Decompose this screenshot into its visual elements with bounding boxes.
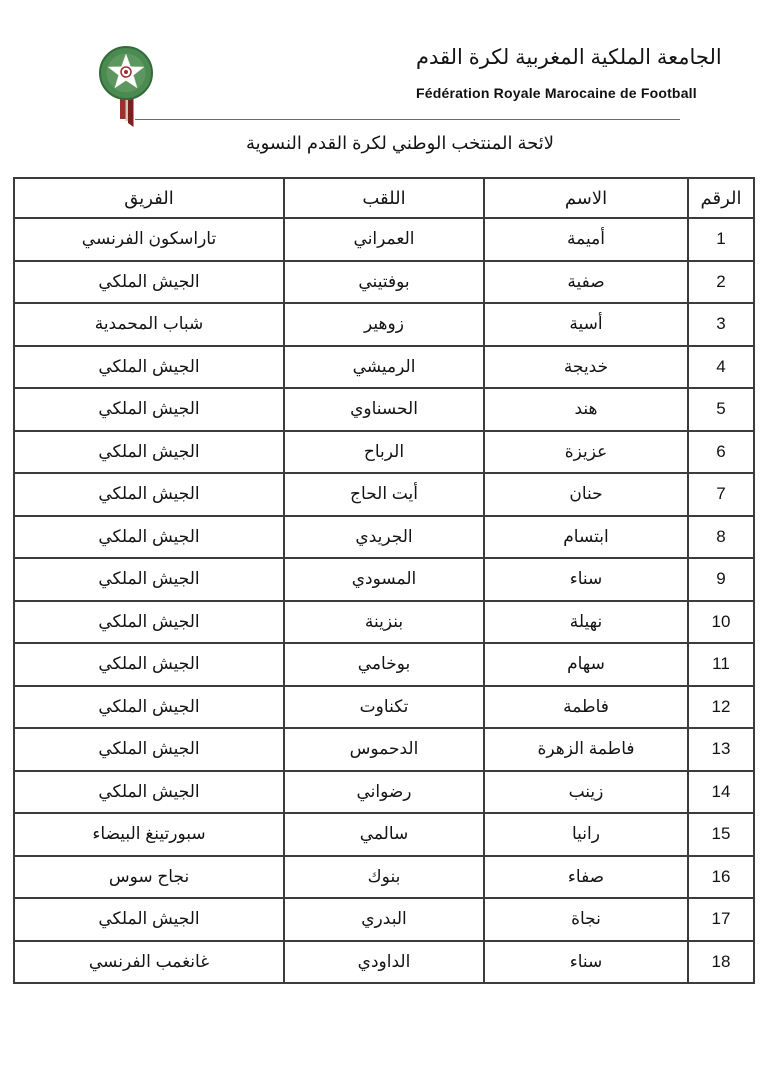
cell-last-name: البدري: [284, 898, 484, 941]
table-row: 14 زينب رضواني الجيش الملكي: [14, 771, 754, 814]
cell-number: 6: [688, 431, 754, 474]
table-row: 2 صفية بوفتيني الجيش الملكي: [14, 261, 754, 304]
table-row: 4 خديجة الرميشي الجيش الملكي: [14, 346, 754, 389]
cell-number: 7: [688, 473, 754, 516]
table-row: 9 سناء المسودي الجيش الملكي: [14, 558, 754, 601]
cell-last-name: زوهير: [284, 303, 484, 346]
table-row: 13 فاطمة الزهرة الدحموس الجيش الملكي: [14, 728, 754, 771]
cell-number: 18: [688, 941, 754, 984]
table-row: 6 عزيزة الرباح الجيش الملكي: [14, 431, 754, 474]
table-row: 18 سناء الداودي غانغمب الفرنسي: [14, 941, 754, 984]
table-row: 17 نجاة البدري الجيش الملكي: [14, 898, 754, 941]
cell-last-name: الرباح: [284, 431, 484, 474]
table-row: 3 أسية زوهير شباب المحمدية: [14, 303, 754, 346]
cell-team: شباب المحمدية: [14, 303, 284, 346]
cell-last-name: بنوك: [284, 856, 484, 899]
cell-team: الجيش الملكي: [14, 601, 284, 644]
table-row: 1 أميمة العمراني تاراسكون الفرنسي: [14, 218, 754, 261]
cell-first-name: أسية: [484, 303, 688, 346]
cell-team: الجيش الملكي: [14, 388, 284, 431]
cell-first-name: حنان: [484, 473, 688, 516]
cell-first-name: صفاء: [484, 856, 688, 899]
cell-team: الجيش الملكي: [14, 898, 284, 941]
org-header: الجامعة الملكية المغربية لكرة القدم Fédé…: [416, 44, 722, 101]
cell-first-name: نهيلة: [484, 601, 688, 644]
cell-first-name: رانيا: [484, 813, 688, 856]
cell-number: 9: [688, 558, 754, 601]
cell-number: 14: [688, 771, 754, 814]
cell-number: 5: [688, 388, 754, 431]
org-name-arabic: الجامعة الملكية المغربية لكرة القدم: [416, 44, 722, 71]
cell-team: الجيش الملكي: [14, 686, 284, 729]
players-table-body: 1 أميمة العمراني تاراسكون الفرنسي 2 صفية…: [14, 218, 754, 983]
cell-first-name: صفية: [484, 261, 688, 304]
cell-last-name: بنزينة: [284, 601, 484, 644]
cell-number: 15: [688, 813, 754, 856]
cell-last-name: أيت الحاج: [284, 473, 484, 516]
column-header-team: الفريق: [14, 178, 284, 218]
cell-first-name: سهام: [484, 643, 688, 686]
cell-last-name: الحسناوي: [284, 388, 484, 431]
frmf-logo-icon: [96, 45, 158, 129]
cell-number: 10: [688, 601, 754, 644]
cell-last-name: رضواني: [284, 771, 484, 814]
table-row: 10 نهيلة بنزينة الجيش الملكي: [14, 601, 754, 644]
cell-number: 2: [688, 261, 754, 304]
org-name-french: Fédération Royale Marocaine de Football: [416, 85, 722, 101]
cell-team: تاراسكون الفرنسي: [14, 218, 284, 261]
cell-first-name: سناء: [484, 558, 688, 601]
cell-team: غانغمب الفرنسي: [14, 941, 284, 984]
cell-team: الجيش الملكي: [14, 558, 284, 601]
table-row: 11 سهام بوخامي الجيش الملكي: [14, 643, 754, 686]
table-row: 8 ابتسام الجريدي الجيش الملكي: [14, 516, 754, 559]
cell-last-name: العمراني: [284, 218, 484, 261]
cell-team: الجيش الملكي: [14, 473, 284, 516]
cell-first-name: فاطمة الزهرة: [484, 728, 688, 771]
cell-number: 3: [688, 303, 754, 346]
cell-team: الجيش الملكي: [14, 261, 284, 304]
cell-number: 4: [688, 346, 754, 389]
cell-team: الجيش الملكي: [14, 771, 284, 814]
cell-first-name: ابتسام: [484, 516, 688, 559]
column-header-firstname: الاسم: [484, 178, 688, 218]
cell-number: 12: [688, 686, 754, 729]
table-row: 15 رانيا سالمي سبورتينغ البيضاء: [14, 813, 754, 856]
cell-last-name: الرميشي: [284, 346, 484, 389]
cell-team: الجيش الملكي: [14, 516, 284, 559]
cell-team: الجيش الملكي: [14, 728, 284, 771]
cell-number: 1: [688, 218, 754, 261]
header-row: الرقم الاسم اللقب الفريق: [14, 178, 754, 218]
cell-team: نجاح سوس: [14, 856, 284, 899]
cell-first-name: سناء: [484, 941, 688, 984]
table-row: 7 حنان أيت الحاج الجيش الملكي: [14, 473, 754, 516]
header-divider: [135, 119, 680, 120]
cell-first-name: فاطمة: [484, 686, 688, 729]
cell-number: 8: [688, 516, 754, 559]
cell-last-name: الجريدي: [284, 516, 484, 559]
cell-first-name: عزيزة: [484, 431, 688, 474]
column-header-number: الرقم: [688, 178, 754, 218]
cell-first-name: زينب: [484, 771, 688, 814]
cell-last-name: بوخامي: [284, 643, 484, 686]
cell-first-name: أميمة: [484, 218, 688, 261]
cell-number: 17: [688, 898, 754, 941]
table-row: 12 فاطمة تكناوت الجيش الملكي: [14, 686, 754, 729]
players-table: الرقم الاسم اللقب الفريق 1 أميمة العمران…: [13, 177, 755, 984]
cell-last-name: الدحموس: [284, 728, 484, 771]
players-table-header: الرقم الاسم اللقب الفريق: [14, 178, 754, 218]
table-row: 5 هند الحسناوي الجيش الملكي: [14, 388, 754, 431]
cell-last-name: المسودي: [284, 558, 484, 601]
table-row: 16 صفاء بنوك نجاح سوس: [14, 856, 754, 899]
document-page: الجامعة الملكية المغربية لكرة القدم Fédé…: [0, 0, 768, 1086]
cell-team: الجيش الملكي: [14, 346, 284, 389]
cell-last-name: تكناوت: [284, 686, 484, 729]
column-header-lastname: اللقب: [284, 178, 484, 218]
cell-first-name: هند: [484, 388, 688, 431]
cell-first-name: خديجة: [484, 346, 688, 389]
cell-number: 16: [688, 856, 754, 899]
cell-team: سبورتينغ البيضاء: [14, 813, 284, 856]
cell-last-name: الداودي: [284, 941, 484, 984]
cell-first-name: نجاة: [484, 898, 688, 941]
page-title: لائحة المنتخب الوطني لكرة القدم النسوية: [30, 133, 768, 154]
cell-last-name: سالمي: [284, 813, 484, 856]
cell-number: 11: [688, 643, 754, 686]
cell-number: 13: [688, 728, 754, 771]
cell-team: الجيش الملكي: [14, 643, 284, 686]
cell-last-name: بوفتيني: [284, 261, 484, 304]
cell-team: الجيش الملكي: [14, 431, 284, 474]
